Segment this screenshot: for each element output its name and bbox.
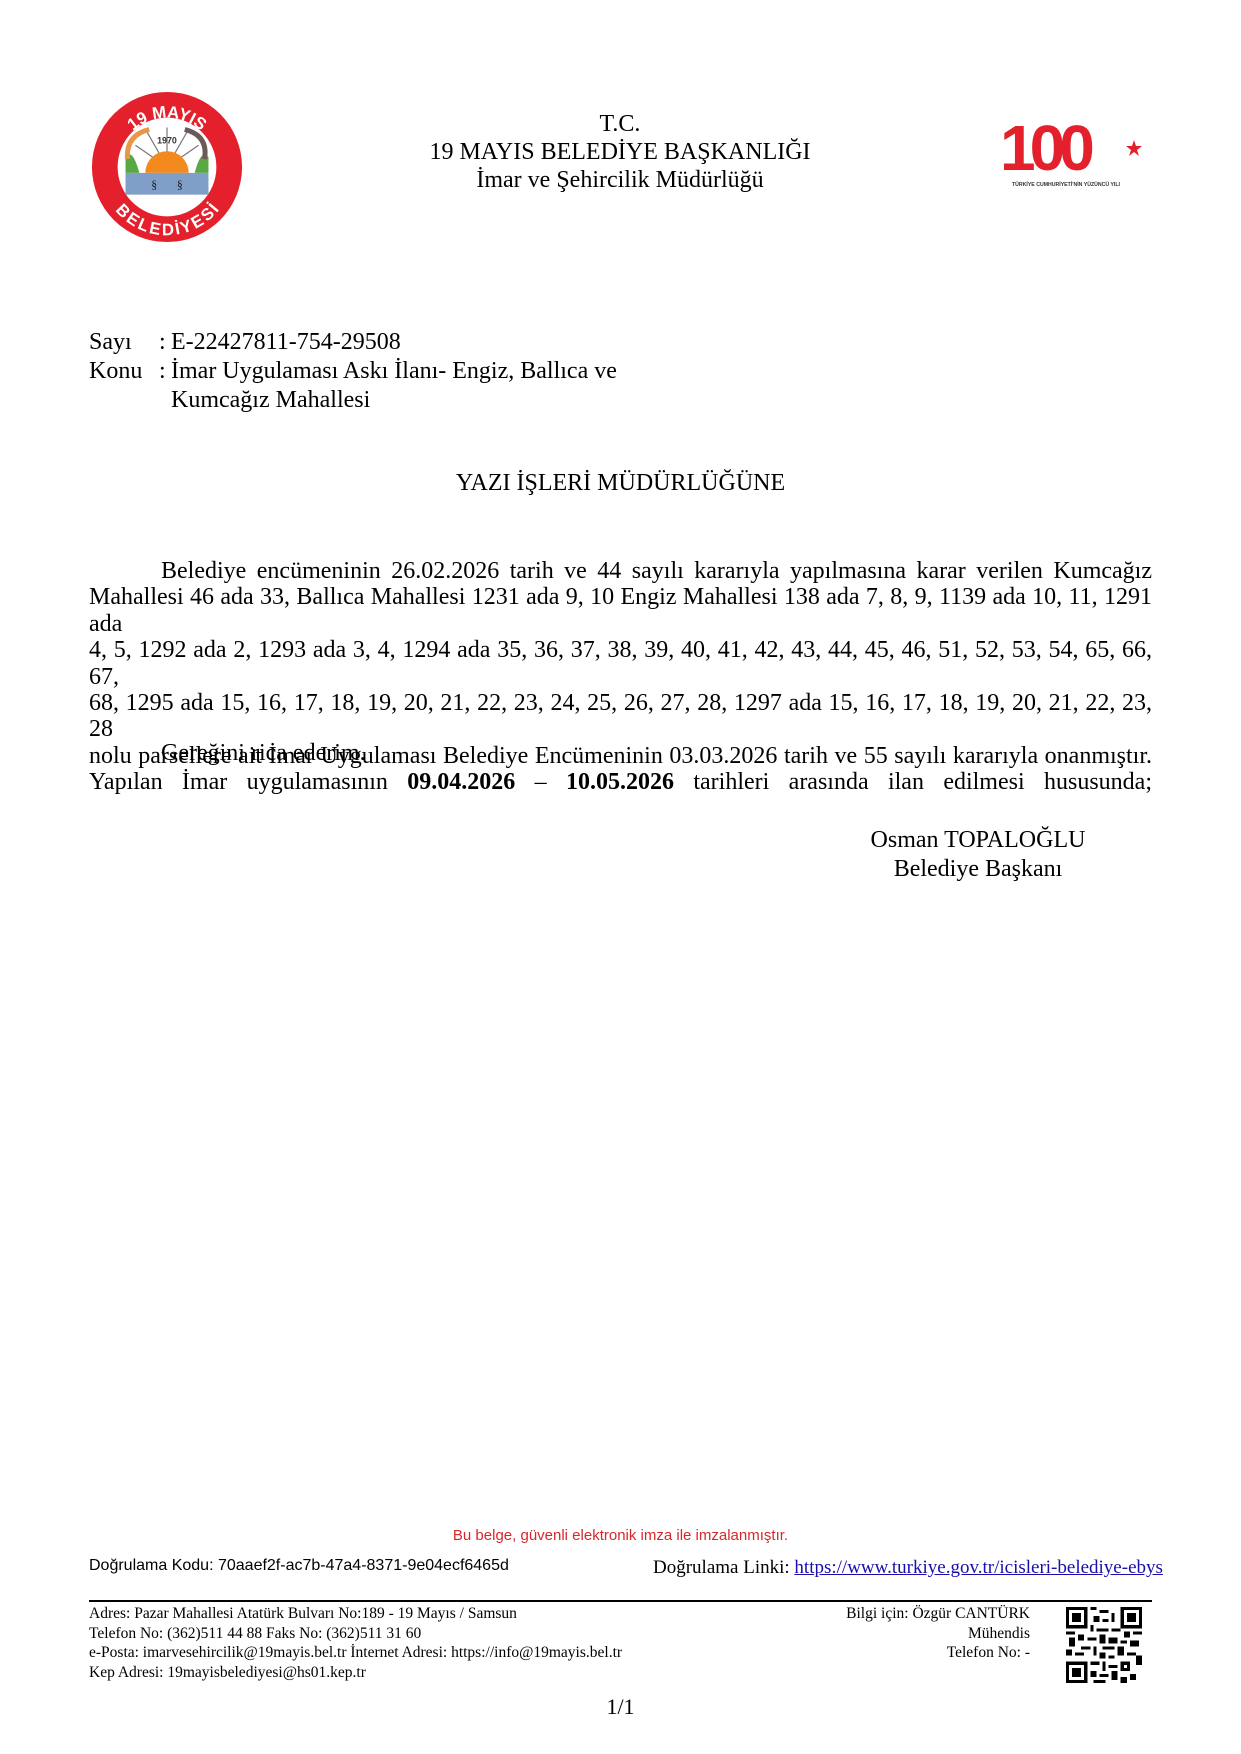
footer-divider [89,1600,1152,1602]
footer-kep-line: Kep Adresi: 19mayisbelediyesi@hs01.kep.t… [89,1663,622,1683]
contact-phone: Telefon No: - [790,1643,1030,1663]
svg-text:100: 100 [1000,118,1092,184]
konu-label: Konu [89,357,159,415]
page-number: 1/1 [0,1694,1241,1720]
signatory-title: Belediye Başkanı [860,855,1096,884]
svg-text:1970: 1970 [157,135,177,145]
body-line-dates: Yapılan İmar uygulamasının 09.04.2026 – … [89,769,1152,795]
qr-code-icon [1066,1607,1142,1683]
closing-line: Gereğini rica ederim. [161,740,366,767]
footer-address: Adres: Pazar Mahallesi Atatürk Bulvarı N… [89,1604,622,1682]
sayi-row: Sayı : E-22427811-754-29508 [89,328,651,357]
header-municipality: 19 MAYIS BELEDİYE BAŞKANLIĞI [380,138,860,166]
header-tc: T.C. [380,110,860,138]
date-start: 09.04.2026 [407,769,515,795]
sayi-label: Sayı [89,328,159,357]
konu-line-1: İmar Uygulaması Askı İlanı- Engiz, Ballı… [171,358,617,384]
verify-code-value: 70aaef2f-ac7b-47a4-8371-9e04ecf6465d [218,1557,509,1574]
verify-link-url[interactable]: https://www.turkiye.gov.tr/icisleri-bele… [794,1557,1162,1578]
body-line: Mahallesi 46 ada 33, Ballıca Mahallesi 1… [89,584,1152,637]
verification-link: Doğrulama Linki: https://www.turkiye.gov… [653,1557,1163,1579]
header-department: İmar ve Şehircilik Müdürlüğü [380,166,860,194]
signatory-name: Osman TOPALOĞLU [860,826,1096,855]
sayi-value: E-22427811-754-29508 [171,328,651,357]
footer-email-line: e-Posta: imarvesehircilik@19mayis.bel.tr… [89,1643,622,1663]
document-meta: Sayı : E-22427811-754-29508 Konu : İmar … [89,328,651,415]
footer-contact: Bilgi için: Özgür CANTÜRK Mühendis Telef… [790,1604,1030,1663]
date-end: 10.05.2026 [566,769,674,795]
verify-code-label: Doğrulama Kodu: [89,1557,214,1574]
contact-role: Mühendis [790,1624,1030,1644]
svg-text:§: § [177,178,183,192]
svg-text:§: § [151,178,157,192]
addressee-heading: YAZI İŞLERİ MÜDÜRLÜĞÜNE [0,470,1241,497]
footer-address-line: Adres: Pazar Mahallesi Atatürk Bulvarı N… [89,1604,622,1624]
document-header: T.C. 19 MAYIS BELEDİYE BAŞKANLIĞI İmar v… [380,110,860,194]
footer-phone-line: Telefon No: (362)511 44 88 Faks No: (362… [89,1624,622,1644]
body-line: 4, 5, 1292 ada 2, 1293 ada 3, 4, 1294 ad… [89,637,1152,690]
signature-block: Osman TOPALOĞLU Belediye Başkanı [860,826,1096,884]
konu-colon: : [159,357,171,415]
verify-link-label: Doğrulama Linki: [653,1557,790,1578]
municipality-seal-icon: 1970 § § 19 MAYIS BELEDİYESİ [88,88,246,246]
body-line: Belediye encümeninin 26.02.2026 tarih ve… [89,558,1152,584]
konu-value: İmar Uygulaması Askı İlanı- Engiz, Ballı… [171,357,651,415]
konu-line-2: Kumcağız Mahallesi [171,387,370,413]
sayi-colon: : [159,328,171,357]
contact-person: Bilgi için: Özgür CANTÜRK [790,1604,1030,1624]
svg-text:TÜRKİYE CUMHURİYETİ'NİN YÜZÜNC: TÜRKİYE CUMHURİYETİ'NİN YÜZÜNCÜ YILI [1012,181,1121,188]
republic-centenary-logo-icon: 100 TÜRKİYE CUMHURİYETİ'NİN YÜZÜNCÜ YILI [1000,118,1160,218]
body-line: 68, 1295 ada 15, 16, 17, 18, 19, 20, 21,… [89,690,1152,743]
konu-row: Konu : İmar Uygulaması Askı İlanı- Engiz… [89,357,651,415]
esign-notice: Bu belge, güvenli elektronik imza ile im… [0,1527,1241,1544]
verification-code: Doğrulama Kodu: 70aaef2f-ac7b-47a4-8371-… [89,1557,509,1575]
